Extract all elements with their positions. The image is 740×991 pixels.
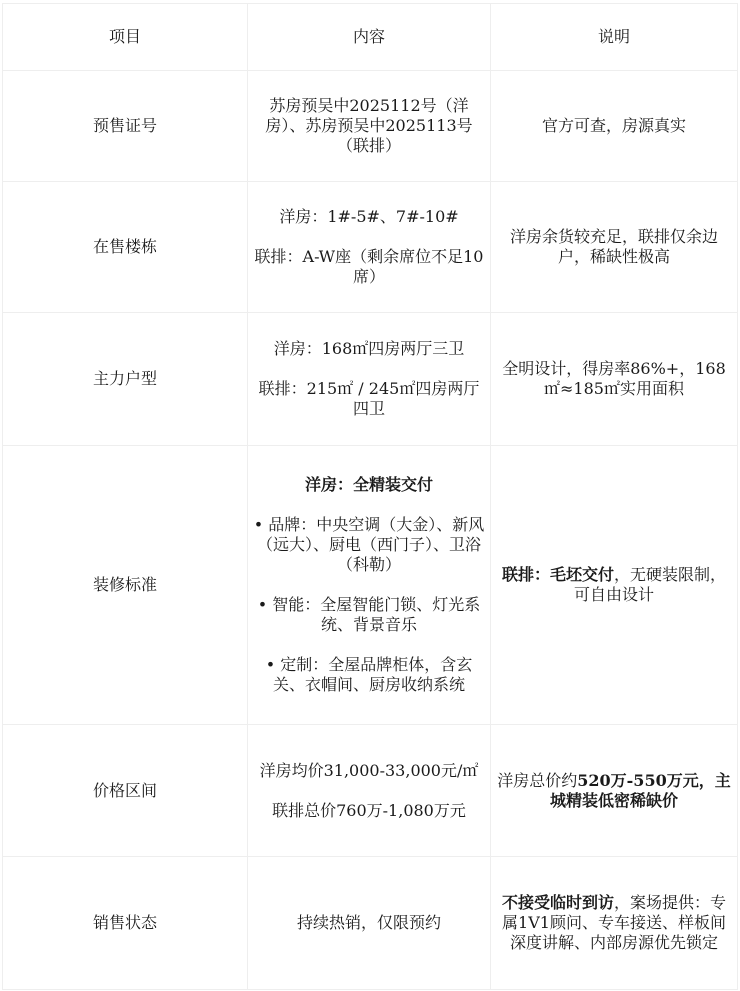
row-note: 全明设计，得房率86%+，168㎡≈185㎡实用面积 — [491, 313, 738, 446]
content-line: 洋房：168㎡四房两厅三卫 — [252, 339, 486, 359]
bullet-item: • 智能：全屋智能门锁、灯光系统、背景音乐 — [252, 595, 486, 635]
header-content: 内容 — [248, 4, 491, 71]
table-row-floorplans: 主力户型 洋房：168㎡四房两厅三卫 联排：215㎡ / 245㎡四房两厅四卫 … — [3, 313, 738, 446]
row-label: 主力户型 — [3, 313, 248, 446]
row-content: 洋房：全精装交付 • 品牌：中央空调（大金）、新风（远大）、厨电（西门子）、卫浴… — [248, 446, 491, 725]
row-note: 洋房总价约520万-550万元，主城精装低密稀缺价 — [491, 725, 738, 857]
table-row-sales-status: 销售状态 持续热销，仅限预约 不接受临时到访，案场提供：专属1V1顾问、专车接送… — [3, 857, 738, 990]
content-line: 联排：A-W座（剩余席位不足10席） — [252, 247, 486, 287]
bullet-item: • 定制：全屋品牌柜体，含玄关、衣帽间、厨房收纳系统 — [252, 655, 486, 695]
row-label: 在售楼栋 — [3, 182, 248, 313]
note-bold: 不接受临时到访 — [502, 893, 614, 912]
row-label: 销售状态 — [3, 857, 248, 990]
row-note: 不接受临时到访，案场提供：专属1V1顾问、专车接送、样板间深度讲解、内部房源优先… — [491, 857, 738, 990]
row-content: 苏房预吴中2025112号（洋房）、苏房预吴中2025113号（联排） — [248, 71, 491, 182]
content-line: 联排总价760万-1,080万元 — [252, 801, 486, 821]
note-bold: 联排：毛坯交付 — [502, 565, 614, 584]
row-label: 装修标准 — [3, 446, 248, 725]
row-label: 价格区间 — [3, 725, 248, 857]
header-note: 说明 — [491, 4, 738, 71]
content-line: 洋房：1#-5#、7#-10# — [252, 207, 486, 227]
table-row-buildings: 在售楼栋 洋房：1#-5#、7#-10# 联排：A-W座（剩余席位不足10席） … — [3, 182, 738, 313]
row-note: 洋房余货较充足，联排仅余边户，稀缺性极高 — [491, 182, 738, 313]
row-note: 官方可查，房源真实 — [491, 71, 738, 182]
row-content: 洋房：1#-5#、7#-10# 联排：A-W座（剩余席位不足10席） — [248, 182, 491, 313]
content-line: 联排：215㎡ / 245㎡四房两厅四卫 — [252, 379, 486, 419]
row-label: 预售证号 — [3, 71, 248, 182]
content-line: 洋房均价31,000-33,000元/㎡ — [252, 761, 486, 781]
row-content: 持续热销，仅限预约 — [248, 857, 491, 990]
table-row-presale-license: 预售证号 苏房预吴中2025112号（洋房）、苏房预吴中2025113号（联排）… — [3, 71, 738, 182]
content-title: 洋房：全精装交付 — [252, 475, 486, 495]
bullet-item: • 品牌：中央空调（大金）、新风（远大）、厨电（西门子）、卫浴（科勒） — [252, 515, 486, 575]
row-content: 洋房：168㎡四房两厅三卫 联排：215㎡ / 245㎡四房两厅四卫 — [248, 313, 491, 446]
table-row-decoration: 装修标准 洋房：全精装交付 • 品牌：中央空调（大金）、新风（远大）、厨电（西门… — [3, 446, 738, 725]
table-header-row: 项目 内容 说明 — [3, 4, 738, 71]
row-content: 洋房均价31,000-33,000元/㎡ 联排总价760万-1,080万元 — [248, 725, 491, 857]
project-info-table: 项目 内容 说明 预售证号 苏房预吴中2025112号（洋房）、苏房预吴中202… — [2, 3, 738, 990]
row-note: 联排：毛坯交付，无硬装限制，可自由设计 — [491, 446, 738, 725]
header-item: 项目 — [3, 4, 248, 71]
note-bold: 520万-550万元 — [577, 771, 698, 790]
note-pre: 洋房总价约 — [497, 771, 577, 790]
table-row-price-range: 价格区间 洋房均价31,000-33,000元/㎡ 联排总价760万-1,080… — [3, 725, 738, 857]
